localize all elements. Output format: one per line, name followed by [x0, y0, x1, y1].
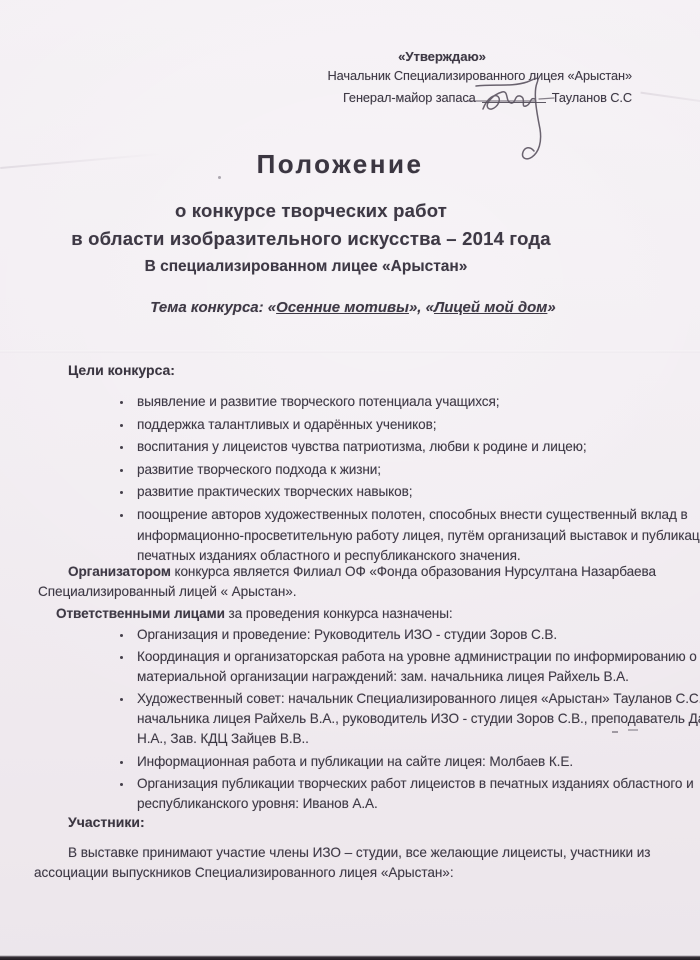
theme-prefix: Тема конкурса: « — [150, 299, 276, 316]
organizer-lead: Организатором — [68, 564, 171, 579]
list-item: Информационная работа и публикации на са… — [133, 752, 700, 772]
responsible-text: за проведения конкурса назначены: — [225, 606, 453, 621]
theme-separator: », « — [409, 299, 434, 316]
responsible-lead: Ответственными лицами — [56, 606, 225, 621]
paper-crease — [0, 350, 700, 353]
scan-edge — [0, 954, 700, 960]
participants-heading: Участники: — [68, 814, 145, 830]
scanned-document-page: «Утверждаю» Начальник Специализированног… — [0, 0, 700, 960]
responsible-list: Организация и проведение: Руководитель И… — [38, 625, 700, 816]
list-item: выявление и развитие творческого потенци… — [133, 392, 700, 413]
responsible-paragraph: Ответственными лицами за проведения конк… — [38, 604, 666, 624]
approval-signatory: Генерал-майор запасаТауланов С.С — [310, 89, 632, 107]
goals-list: выявление и развитие творческого потенци… — [38, 392, 700, 569]
list-item: воспитания у лицеистов чувства патриотиз… — [133, 437, 700, 458]
document-subtitle-2: в области изобразительного искусства – 2… — [0, 228, 661, 250]
document-title: Положение — [0, 149, 690, 180]
list-item: развитие творческого подхода к жизни; — [133, 460, 700, 481]
theme-topic-1: Осенние мотивы — [276, 299, 409, 316]
list-item: поощрение авторов художественных полотен… — [133, 505, 700, 567]
theme-suffix: » — [547, 299, 555, 316]
list-item: Организация публикации творческих работ … — [133, 774, 700, 814]
signature-line — [482, 102, 546, 103]
approval-position: Начальник Специализированного лицея «Ары… — [310, 67, 632, 85]
approval-word: «Утверждаю» — [310, 48, 632, 66]
list-item: Художественный совет: начальник Специали… — [133, 689, 700, 749]
list-item: Организация и проведение: Руководитель И… — [133, 625, 700, 645]
list-item: Координация и организаторская работа на … — [133, 647, 700, 687]
participants-paragraph: В выставке принимают участие члены ИЗО –… — [34, 843, 670, 882]
approval-name: Тауланов С.С — [552, 90, 632, 105]
list-item: поддержка талантливых и одарённых ученик… — [133, 415, 700, 436]
contest-theme-line: Тема конкурса: «Осенние мотивы», «Лицей … — [3, 299, 700, 316]
organizer-paragraph: Организатором конкурса является Филиал О… — [38, 562, 666, 603]
list-item: развитие практических творческих навыков… — [133, 482, 700, 503]
document-subtitle-1: о конкурсе творческих работ — [0, 200, 661, 222]
paper-crease — [640, 92, 700, 111]
approval-block: «Утверждаю» Начальник Специализированног… — [310, 48, 632, 107]
goals-heading: Цели конкурса: — [68, 362, 175, 378]
approval-rank: Генерал-майор запаса — [343, 90, 476, 105]
document-subtitle-3: В специализированном лицее «Арыстан» — [0, 258, 656, 276]
theme-topic-2: Лицей мой дом — [434, 299, 547, 316]
